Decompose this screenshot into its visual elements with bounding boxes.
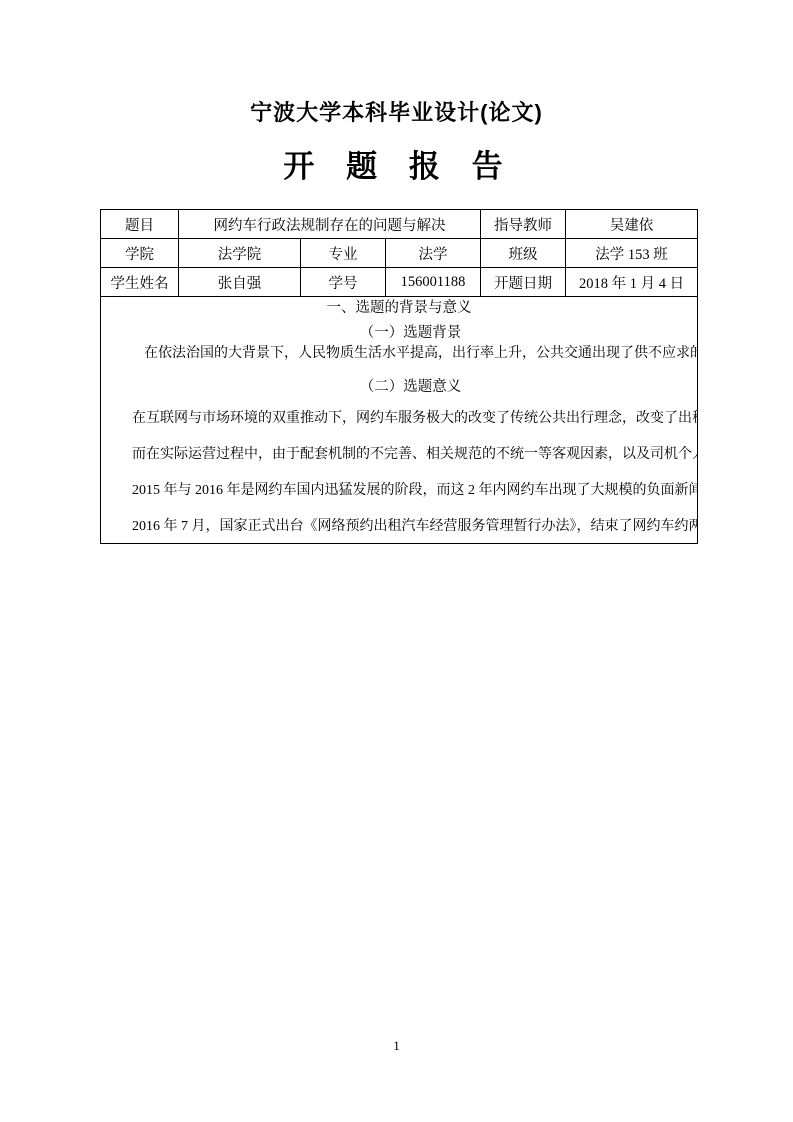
body-content-cell: 一、选题的背景与意义 （一）选题背景 在依法治国的大背景下，人民物质生活水平提高… (101, 297, 698, 544)
field-value-advisor: 吴建依 (566, 210, 698, 239)
field-label-student-name: 学生姓名 (101, 268, 179, 297)
field-value-proposal-date: 2018 年 1 月 4 日 (566, 268, 698, 297)
table-row: 学生姓名 张自强 学号 156001188 开题日期 2018 年 1 月 4 … (101, 268, 698, 297)
field-value-topic: 网约车行政法规制存在的问题与解决 (179, 210, 481, 239)
field-label-class: 班级 (481, 239, 566, 268)
report-title: 开 题 报 告 (0, 141, 793, 186)
significance-paragraph: 在互联网与市场环境的双重推动下，网约车服务极大的改变了传统公共出行理念，改变了出… (104, 405, 694, 433)
subsection-1-title: （一）选题背景 (104, 324, 694, 343)
field-label-topic: 题目 (101, 210, 179, 239)
subsection-2-title: （二）选题意义 (104, 378, 694, 397)
field-label-advisor: 指导教师 (481, 210, 566, 239)
page-number: 1 (0, 1038, 793, 1054)
document-title: 宁波大学本科毕业设计(论文) (0, 0, 793, 127)
field-value-student-name: 张自强 (179, 268, 301, 297)
field-value-student-id: 156001188 (386, 268, 481, 297)
table-row: 学院 法学院 专业 法学 班级 法学 153 班 (101, 239, 698, 268)
background-paragraph: 在依法治国的大背景下，人民物质生活水平提高，出行率上升，公共交通出现了供不应求的… (104, 344, 694, 364)
document-page: 宁波大学本科毕业设计(论文) 开 题 报 告 题目 网约车行政法规制存在的问题与… (0, 0, 793, 1122)
table-row: 一、选题的背景与意义 （一）选题背景 在依法治国的大背景下，人民物质生活水平提高… (101, 297, 698, 544)
field-label-major: 专业 (301, 239, 386, 268)
significance-paragraph: 2016 年 7 月，国家正式出台《网络预约出租汽车经营服务管理暂行办法》，结束… (104, 513, 694, 541)
field-value-class: 法学 153 班 (566, 239, 698, 268)
proposal-info-table: 题目 网约车行政法规制存在的问题与解决 指导教师 吴建依 学院 法学院 专业 法… (100, 209, 698, 544)
field-label-college: 学院 (101, 239, 179, 268)
field-label-proposal-date: 开题日期 (481, 268, 566, 297)
significance-paragraph: 而在实际运营过程中，由于配套机制的不完善、相关规范的不统一等客观因素，以及司机个… (104, 441, 694, 469)
field-value-college: 法学院 (179, 239, 301, 268)
field-label-student-id: 学号 (301, 268, 386, 297)
significance-paragraph: 2015 年与 2016 年是网约车国内迅猛发展的阶段，而这 2 年内网约车出现… (104, 477, 694, 505)
section-1-title: 一、选题的背景与意义 (104, 299, 694, 318)
field-value-major: 法学 (386, 239, 481, 268)
table-row: 题目 网约车行政法规制存在的问题与解决 指导教师 吴建依 (101, 210, 698, 239)
